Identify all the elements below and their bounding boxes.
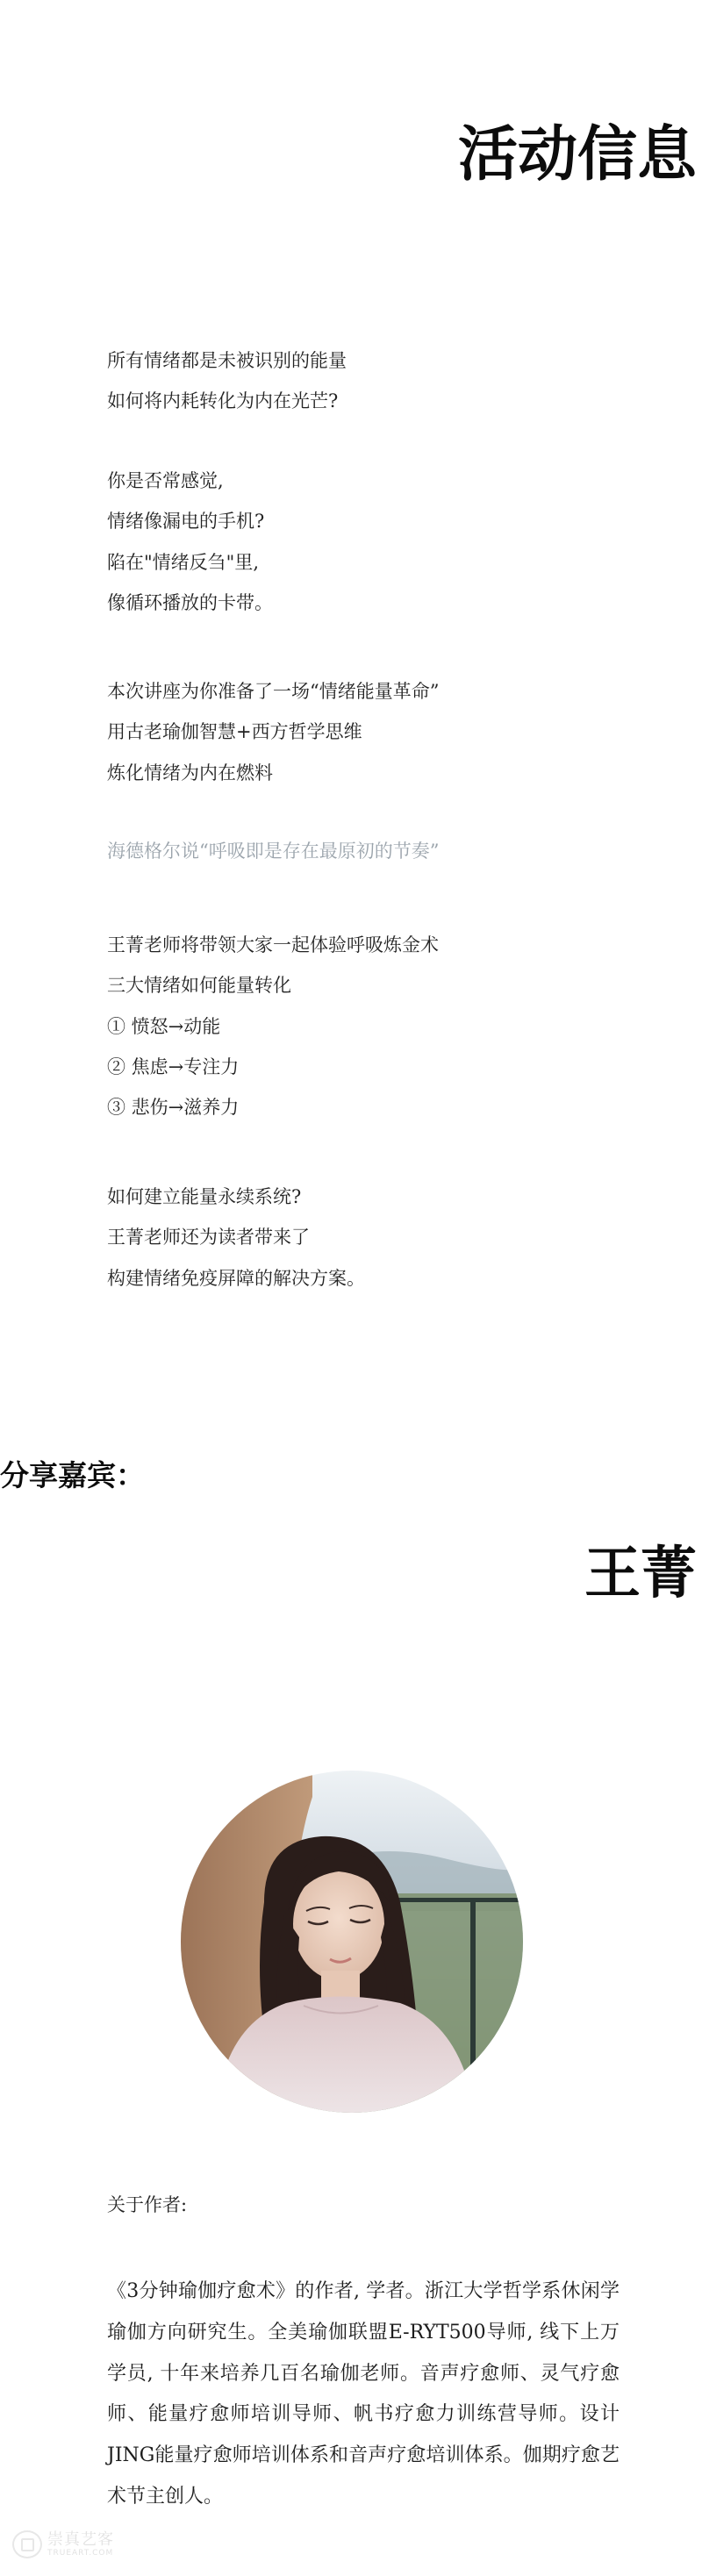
about-author-label: 关于作者:	[107, 2185, 187, 2225]
author-bio: 《3分钟瑜伽疗愈术》的作者, 学者。浙江大学哲学系休闲学瑜伽方向研究生。全美瑜伽…	[107, 2272, 620, 2518]
body-line: 王菁老师还为读者带来了	[107, 1217, 634, 1257]
list-item: ② 焦虑→专注力	[107, 1047, 634, 1087]
body-line: 所有情绪都是未被识别的能量	[107, 340, 634, 381]
intro-group-4: 王菁老师将带领大家一起体验呼吸炼金术 三大情绪如何能量转化 ① 愤怒→动能 ② …	[107, 925, 634, 1127]
body-line: 炼化情绪为内在燃料	[107, 753, 634, 793]
body-line: 构建情绪免疫屏障的解决方案。	[107, 1258, 634, 1299]
watermark-en: TRUEART.COM	[47, 2550, 114, 2558]
watermark: 崇真艺客 TRUEART.COM	[12, 2530, 114, 2558]
list-item: ① 愤怒→动能	[107, 1006, 634, 1047]
guest-portrait	[181, 1771, 523, 2113]
body-line: 陷在"情绪反刍"里,	[107, 542, 634, 583]
body-line: 王菁老师将带领大家一起体验呼吸炼金术	[107, 925, 634, 965]
guest-label: 分享嘉宾：	[0, 1456, 145, 1495]
guest-name: 王菁	[584, 1539, 697, 1609]
intro-group-1: 所有情绪都是未被识别的能量 如何将内耗转化为内在光芒?	[107, 340, 634, 422]
body-line: 像循环播放的卡带。	[107, 583, 634, 623]
body-line: 你是否常感觉,	[107, 461, 634, 501]
intro-group-2: 你是否常感觉, 情绪像漏电的手机? 陷在"情绪反刍"里, 像循环播放的卡带。	[107, 461, 634, 623]
chat-bubble-icon	[12, 2530, 42, 2558]
intro-group-5: 如何建立能量永续系统? 王菁老师还为读者带来了 构建情绪免疫屏障的解决方案。	[107, 1177, 634, 1299]
body-line: 本次讲座为你准备了一场“情绪能量革命”	[107, 671, 634, 712]
body-line: 如何将内耗转化为内在光芒?	[107, 381, 634, 421]
quote-block: 海德格尔说“呼吸即是存在最原初的节奏”	[107, 831, 634, 871]
list-item: ③ 悲伤→滋养力	[107, 1087, 634, 1127]
body-line: 用古老瑜伽智慧+西方哲学思维	[107, 712, 634, 752]
body-line: 如何建立能量永续系统?	[107, 1177, 634, 1217]
body-line: 三大情绪如何能量转化	[107, 965, 634, 1005]
watermark-cn: 崇真艺客	[47, 2532, 114, 2548]
section-title: 活动信息	[458, 119, 697, 190]
body-line: 情绪像漏电的手机?	[107, 501, 634, 541]
intro-group-3: 本次讲座为你准备了一场“情绪能量革命” 用古老瑜伽智慧+西方哲学思维 炼化情绪为…	[107, 671, 634, 793]
heidegger-quote: 海德格尔说“呼吸即是存在最原初的节奏”	[107, 831, 634, 871]
